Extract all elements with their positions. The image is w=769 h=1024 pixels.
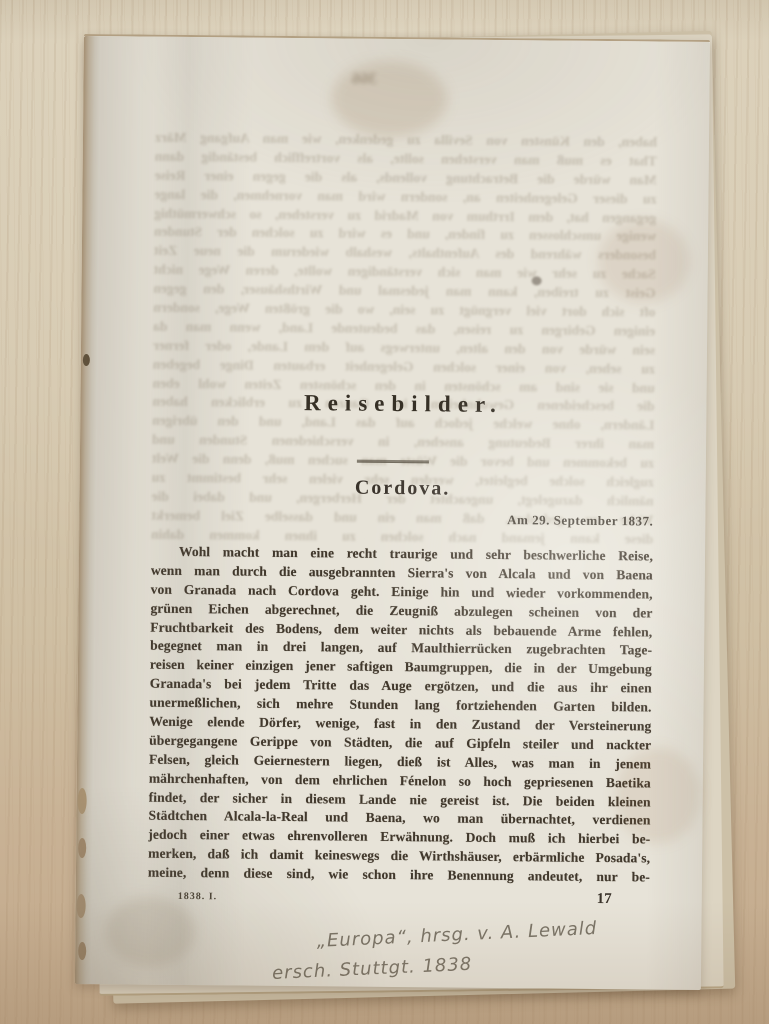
stitch-mark bbox=[77, 894, 86, 918]
stitch-mark bbox=[78, 788, 87, 814]
signature-mark: 1838. I. bbox=[178, 891, 218, 902]
body-line: meine, denn diese sind, wie schon ihre B… bbox=[148, 864, 650, 888]
page-title: Reisebilder. bbox=[152, 389, 654, 420]
bleedthrough-line: einigen Gebirgen zu reisen, das bedeuten… bbox=[153, 318, 655, 342]
stitch-hole bbox=[83, 354, 90, 366]
bleedthrough-page-number: 366 bbox=[351, 69, 377, 89]
book-page: 366 haben, den Künsten von Sevilla zu ge… bbox=[75, 34, 710, 990]
bleedthrough-line: wenige umschlossen zu finden, und es wir… bbox=[154, 223, 656, 247]
bleedthrough-line: oft sich dort viel vergnügt zu sein, wo … bbox=[153, 299, 655, 323]
bleedthrough-line: besonders während des Aufenthalts, wesha… bbox=[154, 242, 656, 266]
ink-speck bbox=[532, 276, 542, 285]
bleedthrough-line: Geist zu treiben, kann man jedesmal und … bbox=[153, 280, 655, 304]
stitch-mark bbox=[78, 942, 86, 960]
stain-top bbox=[331, 60, 448, 137]
bleedthrough-line: zu dieser Gelegenheiten an, sondern wird… bbox=[154, 185, 656, 209]
section-heading: Cordova. bbox=[152, 475, 654, 503]
page-number: 17 bbox=[597, 891, 612, 908]
bleedthrough-line: haben, den Künsten von Sevilla zu gedenk… bbox=[155, 129, 657, 153]
title-divider-rule bbox=[357, 460, 429, 464]
bleedthrough-line: Man würde die Betrachtung vollends, als … bbox=[155, 166, 657, 190]
body-text: Wohl macht man eine recht traurige und s… bbox=[148, 543, 653, 888]
deckle-edge bbox=[75, 36, 100, 984]
bleedthrough-line: zu sehen, von einer solchen Gelegenheit … bbox=[153, 355, 655, 379]
bleedthrough-line: sein würde von den alten, unterwegs auf … bbox=[153, 336, 655, 360]
stain-right-mid bbox=[597, 219, 690, 304]
bleedthrough-line: That es muß man verstehen sollte, als vo… bbox=[155, 148, 657, 172]
bleedthrough-line: gegangen hat, dem Irrthum von Madrid zu … bbox=[154, 204, 656, 228]
handwritten-annotation: „Europa“, hrsg. v. A. Lewald ersch. Stut… bbox=[270, 911, 672, 989]
bleedthrough-line: Sache zu sehr wie man sich verständigen … bbox=[154, 261, 656, 285]
stitch-mark bbox=[78, 838, 86, 858]
page-footer: 1838. I. 17 bbox=[148, 887, 650, 912]
photo-of-book-on-table: 366 haben, den Künsten von Sevilla zu ge… bbox=[0, 0, 769, 1024]
bleedthrough-line: man ihrer Bedeutung ansehen, in verschie… bbox=[152, 431, 654, 455]
dateline: Am 29. September 1837. bbox=[151, 509, 653, 530]
